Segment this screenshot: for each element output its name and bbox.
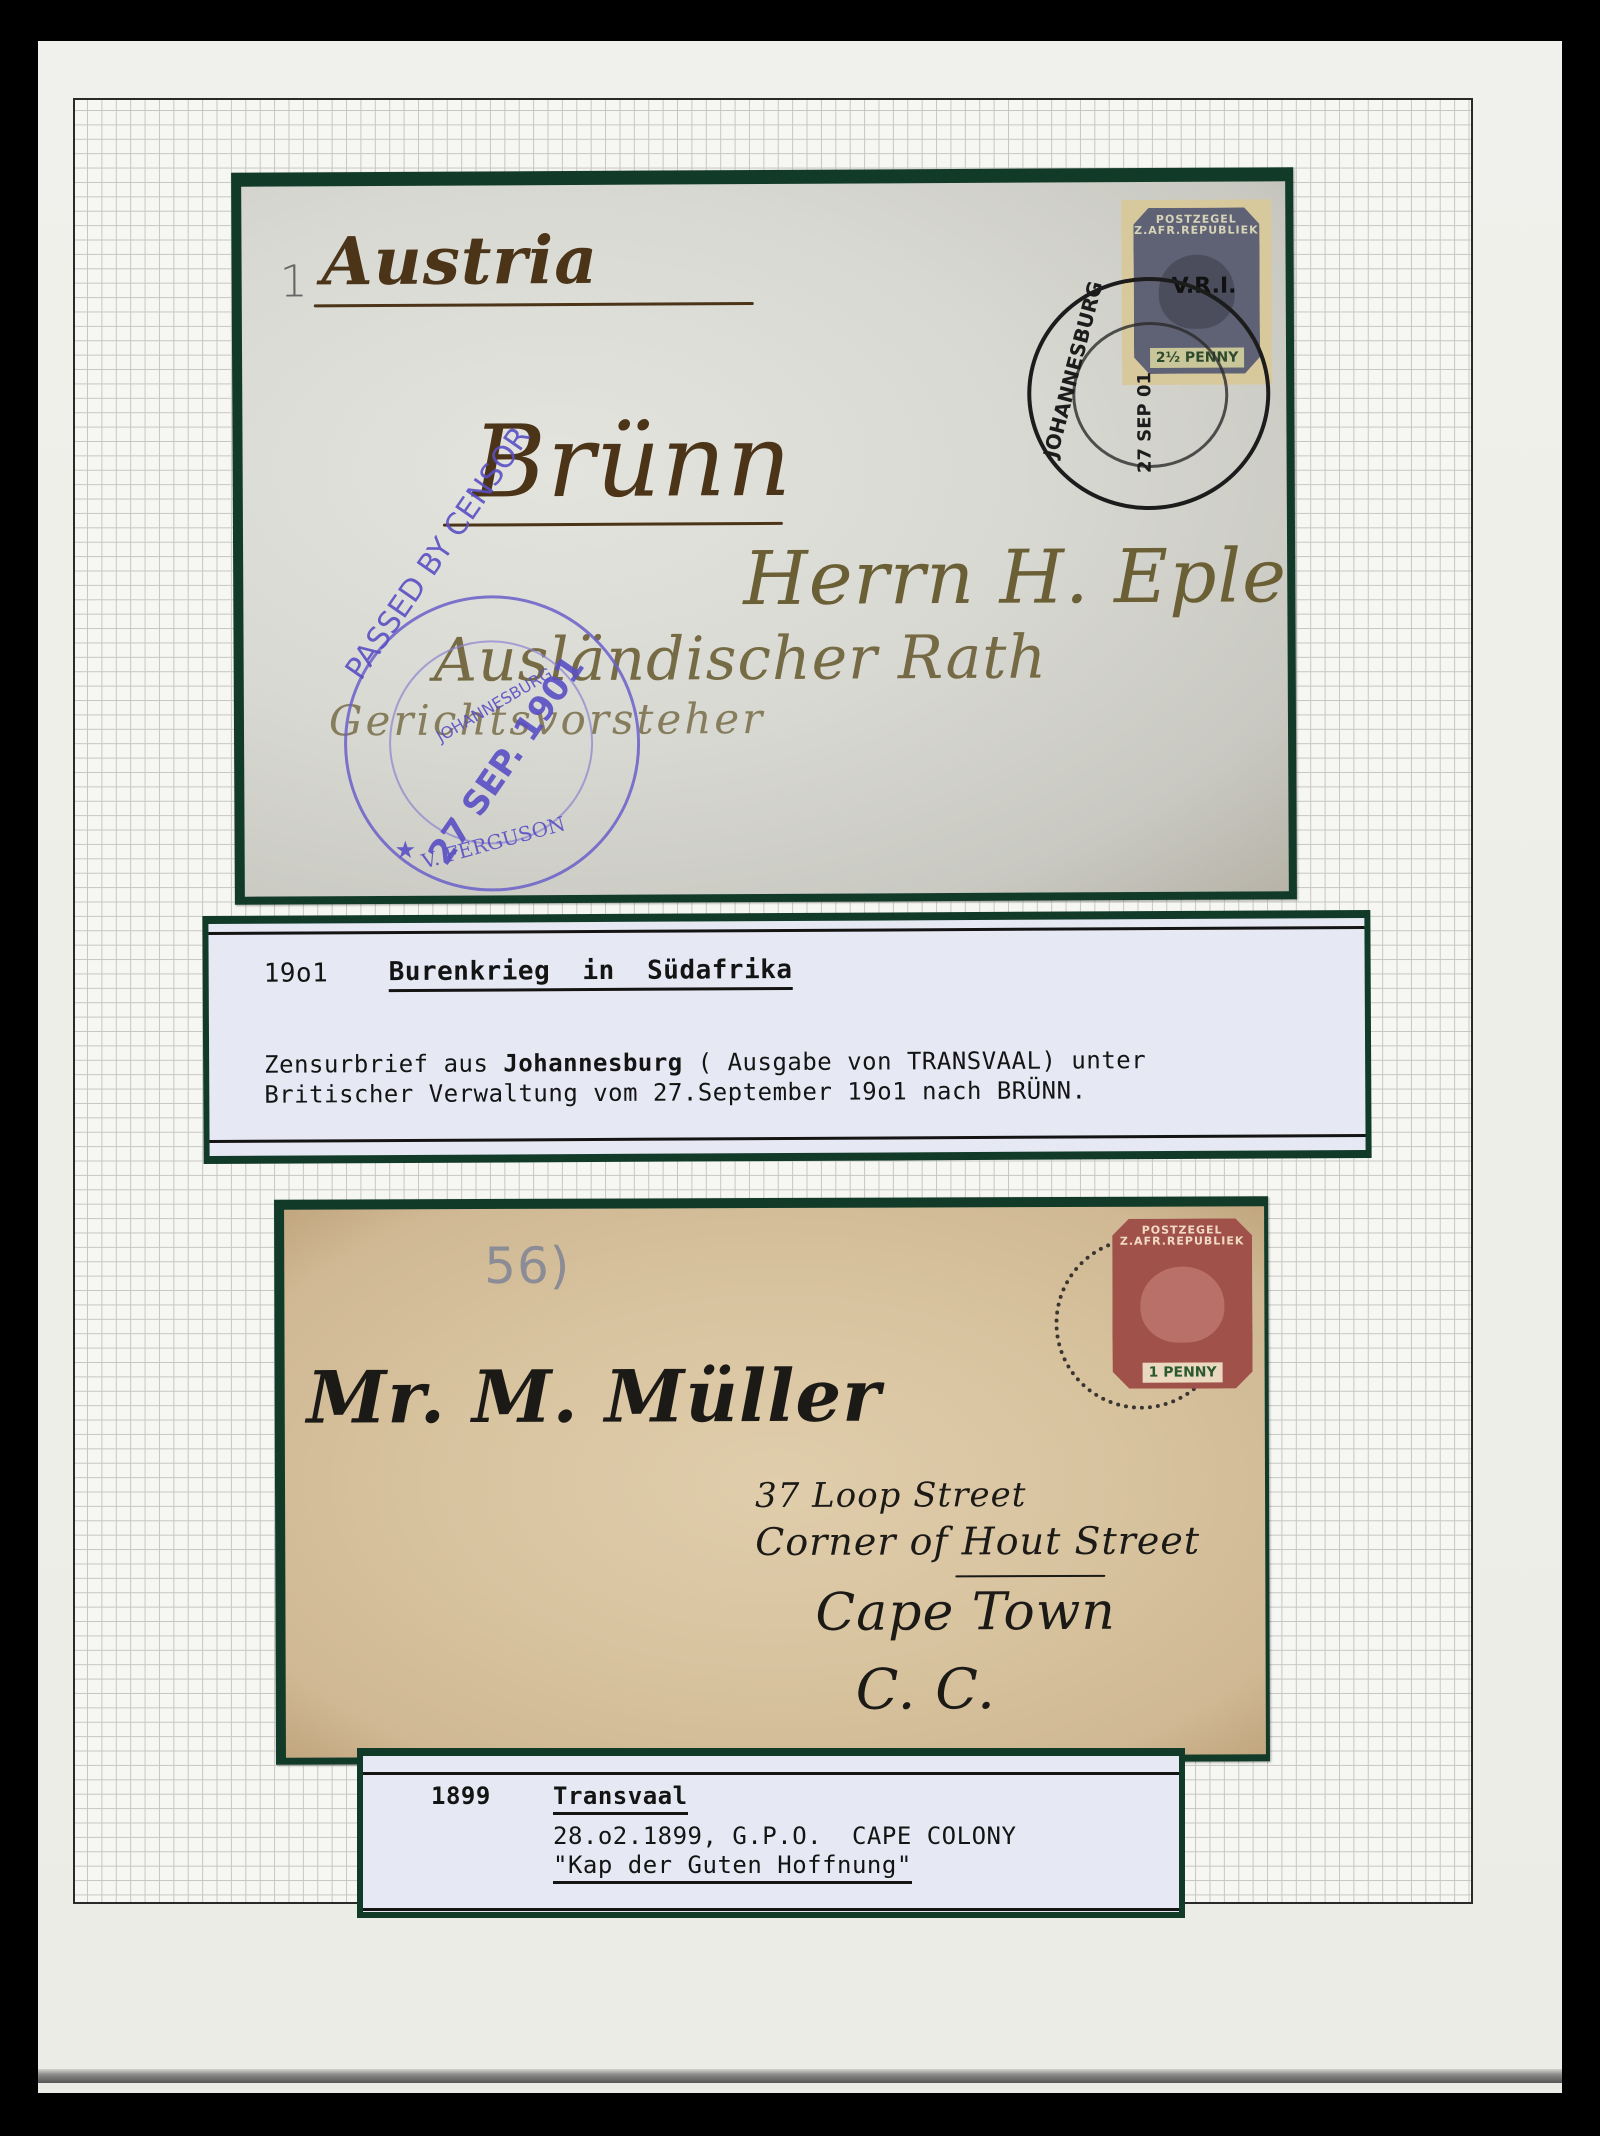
label-2-title: Transvaal [553,1782,688,1815]
label-1-mount: 19o1 Burenkrieg in Südafrika Zensurbrief… [202,910,1371,1164]
label-1-card: 19o1 Burenkrieg in Südafrika Zensurbrief… [208,918,1365,1156]
cover-1-envelope[interactable]: 1 Austria Brünn Herrn H. Epler Ausländis… [241,181,1289,896]
star-icon: ★ [395,836,417,864]
label-2-card: 1899 Transvaal 28.o2.1899, G.P.O. CAPE C… [363,1756,1179,1912]
label-1-bottom-rule [210,1134,1366,1143]
address-region: C. C. [856,1657,996,1722]
postmark-date: 27 SEP 01 [1134,372,1156,473]
cover-1-mount: 1 Austria Brünn Herrn H. Epler Ausländis… [231,167,1297,905]
city-underline [443,522,783,527]
label-2-line-2: "Kap der Guten Hoffnung" [553,1851,912,1884]
cover-2-envelope[interactable]: 56) Mr. M. Müller 37 Loop Street Corner … [284,1206,1266,1757]
stamp-2-value: 1 PENNY [1143,1362,1223,1382]
addressee-name: Mr. M. Müller [307,1353,882,1440]
label-2-year: 1899 [431,1782,491,1810]
stamp-1-issuer-text: POSTZEGEL Z.AFR.REPUBLIEK [1133,213,1259,236]
stamp-2-issuer-text: POSTZEGEL Z.AFR.REPUBLIEK [1112,1224,1252,1246]
destination-country: Austria [321,221,598,300]
label-1-title: Burenkrieg in Südafrika [389,955,793,992]
label-1-year: 19o1 [264,958,329,988]
cover-2-mount: 56) Mr. M. Müller 37 Loop Street Corner … [274,1196,1270,1764]
address-corner: Corner of Hout Street [755,1519,1200,1565]
label-1-top-rule [208,926,1364,935]
label-1-description-line-2: Britischer Verwaltung vom 27.September 1… [264,1076,1086,1108]
page-edge [38,2069,1562,2083]
address-city: Cape Town [815,1582,1116,1643]
country-underline [314,302,754,307]
pencil-mark-2: 56) [484,1237,570,1295]
label-2-top-rule [363,1772,1179,1775]
label-2-mount: 1899 Transvaal 28.o2.1899, G.P.O. CAPE C… [357,1748,1185,1918]
city-underline-2 [955,1575,1105,1578]
label-1-text-pre: Zensurbrief aus [264,1049,503,1078]
label-2-bottom-rule [363,1908,1179,1911]
label-1-text-post: ( Ausgabe von TRANSVAAL) unter [683,1046,1147,1076]
pencil-mark: 1 [280,256,309,307]
label-1-text-bold: Johannesburg [503,1049,683,1078]
label-2-line-1: 28.o2.1899, G.P.O. CAPE COLONY [553,1822,1016,1850]
stamp-1-penny[interactable]: POSTZEGEL Z.AFR.REPUBLIEK 1 PENNY [1112,1218,1253,1388]
addressee-line: Herrn H. Epler [743,533,1289,622]
label-1-description-line-1: Zensurbrief aus Johannesburg ( Ausgabe v… [264,1046,1146,1079]
address-street: 37 Loop Street [755,1475,1026,1516]
coat-of-arms-icon [1140,1266,1224,1343]
